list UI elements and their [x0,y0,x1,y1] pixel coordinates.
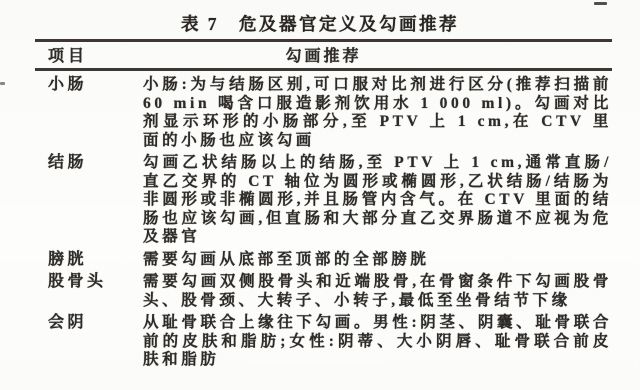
organ-name: 结肠 [35,154,143,247]
recommendation-text: 勾画乙状结肠以上的结肠,至 PTV 上 1 cm,通常直肠/直乙交界的 CT 轴… [143,154,612,247]
table-header-row: 项目 勾画推荐 [35,39,612,71]
recommendation-text: 从耻骨联合上缘往下勾画。男性:阴茎、阴囊、耻骨联合前的皮肤和脂肪;女性:阴蒂、大… [143,314,612,370]
header-recommendation-label: 勾画推荐 [285,48,361,65]
table-row-colon: 结肠 勾画乙状结肠以上的结肠,至 PTV 上 1 cm,通常直肠/直乙交界的 C… [35,154,612,247]
table-title: 表 7 危及器官定义及勾画推荐 [0,11,640,36]
recommendation-text: 需要勾画双侧股骨头和近端股骨,在骨窗条件下勾画股骨头、股骨颈、大转子、小转子,最… [143,273,612,310]
scanned-document-page: 表 7 危及器官定义及勾画推荐 项目 勾画推荐 小肠 小肠:为与结肠区别,可口服… [0,0,640,390]
organ-name: 股骨头 [35,273,143,310]
table-row-small-intestine: 小肠 小肠:为与结肠区别,可口服对比剂进行区分(推荐扫描前 60 min 喝含口… [35,76,612,150]
organ-name: 会阴 [35,314,143,370]
recommendation-text: 需要勾画从底部至顶部的全部膀胱 [143,251,612,270]
table-row-femoral-head: 股骨头 需要勾画双侧股骨头和近端股骨,在骨窗条件下勾画股骨头、股骨颈、大转子、小… [35,273,612,310]
organ-name: 小肠 [35,76,143,150]
scan-artifact-dash [594,2,607,5]
organs-at-risk-table: 项目 勾画推荐 小肠 小肠:为与结肠区别,可口服对比剂进行区分(推荐扫描前 60… [35,39,612,370]
recommendation-text: 小肠:为与结肠区别,可口服对比剂进行区分(推荐扫描前 60 min 喝含口服造影… [143,76,612,150]
organ-name: 膀胱 [35,251,143,270]
table-body: 小肠 小肠:为与结肠区别,可口服对比剂进行区分(推荐扫描前 60 min 喝含口… [35,76,612,370]
scan-artifact-speck [0,82,5,85]
table-row-perineum: 会阴 从耻骨联合上缘往下勾画。男性:阴茎、阴囊、耻骨联合前的皮肤和脂肪;女性:阴… [35,314,612,370]
table-row-bladder: 膀胱 需要勾画从底部至顶部的全部膀胱 [35,251,612,270]
header-item-label: 项目 [48,47,88,66]
